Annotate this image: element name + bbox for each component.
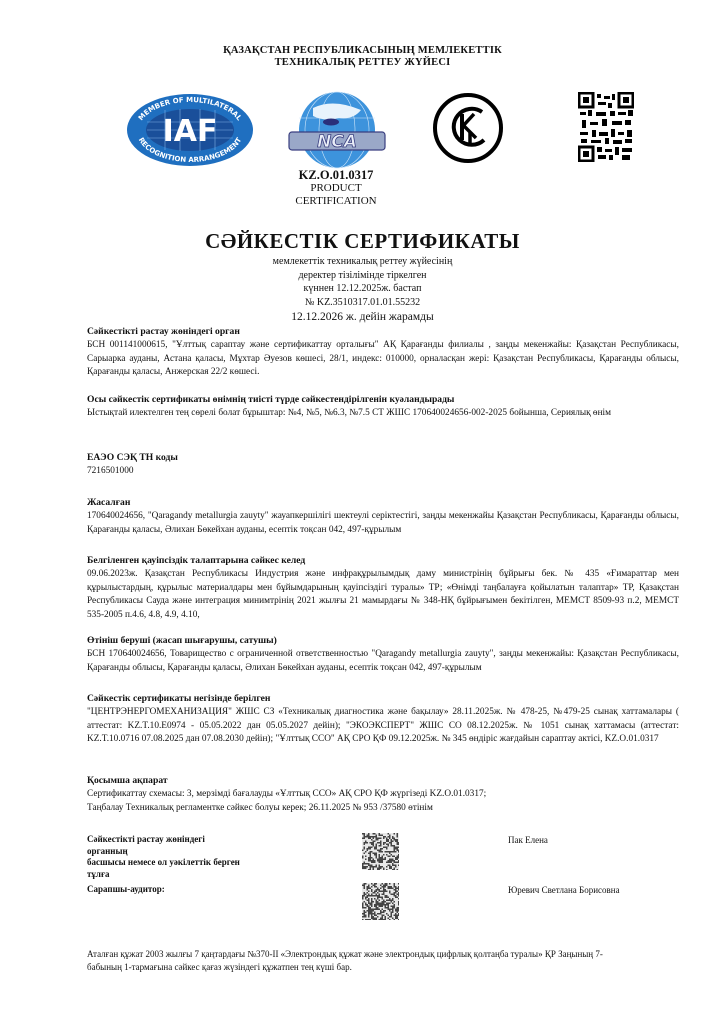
signature-label-line: Сарапшы-аудитор:: [87, 884, 257, 896]
kg-conformity-mark-icon: [432, 92, 504, 164]
accreditation-block: KZ.O.01.0317 PRODUCT CERTIFICATION: [270, 168, 402, 207]
section-text: БСН 001141000615, "Ұлттық сараптау және …: [87, 339, 679, 380]
certificate-title: СӘЙКЕСТІК СЕРТИФИКАТЫ: [0, 229, 725, 254]
section-text-line: Сертификаттау схемасы: 3, мерзімді бағал…: [87, 788, 679, 802]
section-text-line: Таңбалау Техникалық регламентке сәйкес б…: [87, 802, 679, 816]
registration-block: мемлекеттік техникалық реттеу жүйесінің …: [0, 255, 725, 325]
signature-qr-code-icon: [362, 833, 399, 870]
section-certification-body: Сәйкестікті растау жөніндегі орган БСН 0…: [87, 325, 679, 380]
section-hs-code: ЕАЭО СЭҚ ТН коды 7216501000: [87, 451, 679, 479]
section-heading: Өтініш беруші (жасап шығарушы, сатушы): [87, 634, 679, 647]
signature-label-line: басшысы немесе ол уәкілеттік берген: [87, 857, 257, 869]
iaf-logo-icon: IAF MEMBER OF MULTILATERAL RECOGNITION A…: [125, 92, 255, 168]
signature-label-line: тұлға: [87, 869, 257, 881]
section-text: 170640024656, "Qaragandy metallurgia zau…: [87, 510, 679, 537]
section-product: Осы сәйкестік сертификаты өнімнің тиісті…: [87, 393, 679, 421]
header-title: ҚАЗАҚСТАН РЕСПУБЛИКАСЫНЫҢ МЕМЛЕКЕТТІК ТЕ…: [0, 45, 725, 69]
registration-line-2: деректер тізілімінде тіркелген: [0, 269, 725, 283]
header-line-1: ҚАЗАҚСТАН РЕСПУБЛИКАСЫНЫҢ МЕМЛЕКЕТТІК: [0, 45, 725, 57]
section-text: 09.06.2023ж. Қазақстан Республикасы Инду…: [87, 568, 679, 622]
registration-line-1: мемлекеттік техникалық реттеу жүйесінің: [0, 255, 725, 269]
section-heading: ЕАЭО СЭҚ ТН коды: [87, 451, 679, 464]
footnote-line-2: бабының 1-тармағына сәйкес қағаз жүзінде…: [87, 961, 667, 974]
section-heading: Сәйкестік сертификаты негізінде берілген: [87, 692, 679, 705]
section-text: Ыстықтай илектелген тең сөрелі болат бұр…: [87, 407, 679, 421]
signature-label-line: Сәйкестікті растау жөніндегі: [87, 834, 257, 846]
signatory-name-head: Пак Елена: [508, 835, 548, 845]
nca-logo-icon: NCA: [283, 88, 391, 170]
section-heading: Осы сәйкестік сертификаты өнімнің тиісті…: [87, 393, 679, 406]
certificate-number: № KZ.3510317.01.01.55232: [0, 296, 725, 310]
section-basis: Сәйкестік сертификаты негізінде берілген…: [87, 692, 679, 747]
footnote-line-1: Аталған құжат 2003 жылғы 7 қаңтардағы №3…: [87, 948, 667, 961]
signature-label-head: Сәйкестікті растау жөніндегі органның ба…: [87, 834, 257, 880]
signature-qr-code-icon: [362, 883, 399, 920]
legal-footnote: Аталған құжат 2003 жылғы 7 қаңтардағы №3…: [87, 948, 667, 973]
svg-text:NCA: NCA: [317, 132, 357, 152]
section-text: "ЦЕНТРЭНЕРГОМЕХАНИЗАЦИЯ" ЖШС СЗ «Техника…: [87, 706, 679, 747]
valid-until: 12.12.2026 ж. дейін жарамды: [0, 310, 725, 325]
section-text: 7216501000: [87, 465, 679, 479]
section-safety-requirements: Белгіленген қауіпсіздік талаптарына сәйк…: [87, 554, 679, 622]
registration-date: күннен 12.12.2025ж. бастап: [0, 282, 725, 296]
section-manufacturer: Жасалған 170640024656, "Qaragandy metall…: [87, 496, 679, 537]
section-heading: Белгіленген қауіпсіздік талаптарына сәйк…: [87, 554, 679, 567]
section-additional-info: Қосымша ақпарат Сертификаттау схемасы: 3…: [87, 774, 679, 815]
accreditation-number: KZ.O.01.0317: [270, 168, 402, 182]
qr-code-icon: [578, 92, 634, 162]
section-heading: Жасалған: [87, 496, 679, 509]
section-text: БСН 170640024656, Товарищество с огранич…: [87, 648, 679, 675]
section-applicant: Өтініш беруші (жасап шығарушы, сатушы) Б…: [87, 634, 679, 675]
section-heading: Қосымша ақпарат: [87, 774, 679, 787]
accreditation-line-1: PRODUCT: [270, 182, 402, 195]
signatory-name-auditor: Юревич Светлана Борисовна: [508, 885, 620, 895]
signature-label-line: органның: [87, 846, 257, 858]
accreditation-line-2: CERTIFICATION: [270, 195, 402, 208]
signature-label-auditor: Сарапшы-аудитор:: [87, 884, 257, 896]
section-heading: Сәйкестікті растау жөніндегі орган: [87, 325, 679, 338]
svg-text:IAF: IAF: [163, 114, 218, 149]
header-line-2: ТЕХНИКАЛЫҚ РЕТТЕУ ЖҮЙЕСІ: [0, 57, 725, 69]
